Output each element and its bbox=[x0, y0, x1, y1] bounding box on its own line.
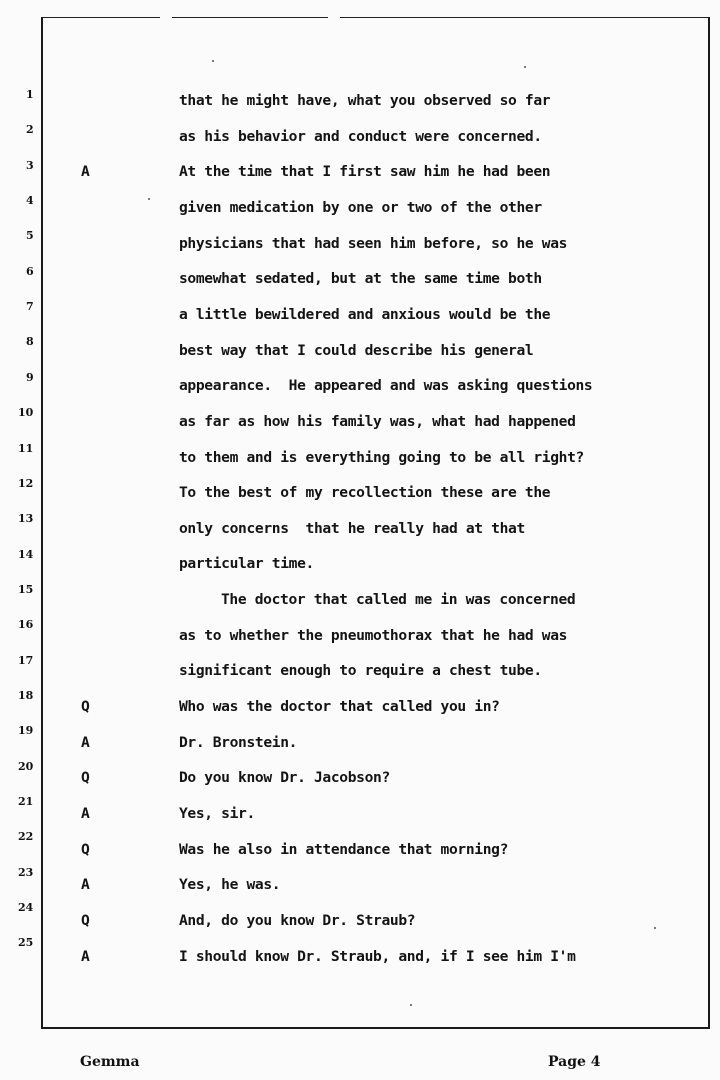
transcript-line: particular time. bbox=[0, 555, 720, 579]
transcript-line: best way that I could describe his gener… bbox=[0, 342, 720, 366]
transcript-line: only concerns that he really had at that bbox=[0, 520, 720, 544]
transcript-text: Yes, sir. bbox=[179, 805, 255, 822]
border-gap bbox=[328, 14, 340, 20]
transcript-line: physicians that had seen him before, so … bbox=[0, 235, 720, 259]
transcript-text: given medication by one or two of the ot… bbox=[179, 199, 542, 216]
transcript-line: ADr. Bronstein. bbox=[0, 734, 720, 758]
speaker-label: Q bbox=[81, 698, 89, 715]
transcript-line: QWho was the doctor that called you in? bbox=[0, 698, 720, 722]
transcript-text: only concerns that he really had at that bbox=[179, 520, 525, 537]
speaker-label: A bbox=[81, 876, 89, 893]
transcript-line: appearance. He appeared and was asking q… bbox=[0, 377, 720, 401]
transcript-text: Dr. Bronstein. bbox=[179, 734, 297, 751]
speaker-label: Q bbox=[81, 769, 89, 786]
transcript-line: to them and is everything going to be al… bbox=[0, 449, 720, 473]
scan-speck bbox=[148, 198, 150, 200]
transcript-text: particular time. bbox=[179, 555, 314, 572]
speaker-label: Q bbox=[81, 841, 89, 858]
transcript-text: appearance. He appeared and was asking q… bbox=[179, 377, 592, 394]
transcript-line: AYes, sir. bbox=[0, 805, 720, 829]
transcript-text: to them and is everything going to be al… bbox=[179, 449, 584, 466]
transcript-line: AAt the time that I first saw him he had… bbox=[0, 163, 720, 187]
transcript-line: The doctor that called me in was concern… bbox=[0, 591, 720, 615]
transcript-line: QDo you know Dr. Jacobson? bbox=[0, 769, 720, 793]
transcript-line: that he might have, what you observed so… bbox=[0, 92, 720, 116]
transcript-text: Do you know Dr. Jacobson? bbox=[179, 769, 390, 786]
transcript-text: that he might have, what you observed so… bbox=[179, 92, 550, 109]
transcript-text: as his behavior and conduct were concern… bbox=[179, 128, 542, 145]
speaker-label: A bbox=[81, 948, 89, 965]
transcript-text: At the time that I first saw him he had … bbox=[179, 163, 550, 180]
transcript-text: as to whether the pneumothorax that he h… bbox=[179, 627, 567, 644]
transcript-text: The doctor that called me in was concern… bbox=[221, 591, 575, 608]
transcript-text: significant enough to require a chest tu… bbox=[179, 662, 542, 679]
transcript-line: AYes, he was. bbox=[0, 876, 720, 900]
transcript-text: And, do you know Dr. Straub? bbox=[179, 912, 415, 929]
scan-speck bbox=[410, 1004, 412, 1006]
transcript-line: significant enough to require a chest tu… bbox=[0, 662, 720, 686]
transcript-line: To the best of my recollection these are… bbox=[0, 484, 720, 508]
transcript-line: as his behavior and conduct were concern… bbox=[0, 128, 720, 152]
page-number: Page 4 bbox=[548, 1054, 601, 1070]
transcript-line: as far as how his family was, what had h… bbox=[0, 413, 720, 437]
transcript-text: physicians that had seen him before, so … bbox=[179, 235, 567, 252]
transcript-line: AI should know Dr. Straub, and, if I see… bbox=[0, 948, 720, 972]
transcript-line: somewhat sedated, but at the same time b… bbox=[0, 270, 720, 294]
scan-speck bbox=[212, 60, 214, 62]
speaker-label: A bbox=[81, 805, 89, 822]
transcript-line: QWas he also in attendance that morning? bbox=[0, 841, 720, 865]
transcript-line: given medication by one or two of the ot… bbox=[0, 199, 720, 223]
transcript-text: Was he also in attendance that morning? bbox=[179, 841, 508, 858]
scan-speck bbox=[524, 66, 526, 68]
transcript-text: I should know Dr. Straub, and, if I see … bbox=[179, 948, 576, 965]
transcript-line: as to whether the pneumothorax that he h… bbox=[0, 627, 720, 651]
transcript-line: a little bewildered and anxious would be… bbox=[0, 306, 720, 330]
scan-speck bbox=[654, 927, 656, 929]
transcript-text: a little bewildered and anxious would be… bbox=[179, 306, 550, 323]
witness-name: Gemma bbox=[80, 1054, 140, 1070]
transcript-text: as far as how his family was, what had h… bbox=[179, 413, 576, 430]
transcript-text: somewhat sedated, but at the same time b… bbox=[179, 270, 542, 287]
transcript-text: Yes, he was. bbox=[179, 876, 280, 893]
transcript-text: best way that I could describe his gener… bbox=[179, 342, 533, 359]
transcript-text: Who was the doctor that called you in? bbox=[179, 698, 500, 715]
speaker-label: A bbox=[81, 734, 89, 751]
speaker-label: Q bbox=[81, 912, 89, 929]
speaker-label: A bbox=[81, 163, 89, 180]
transcript-line: QAnd, do you know Dr. Straub? bbox=[0, 912, 720, 936]
border-gap bbox=[160, 14, 172, 20]
transcript-text: To the best of my recollection these are… bbox=[179, 484, 550, 501]
